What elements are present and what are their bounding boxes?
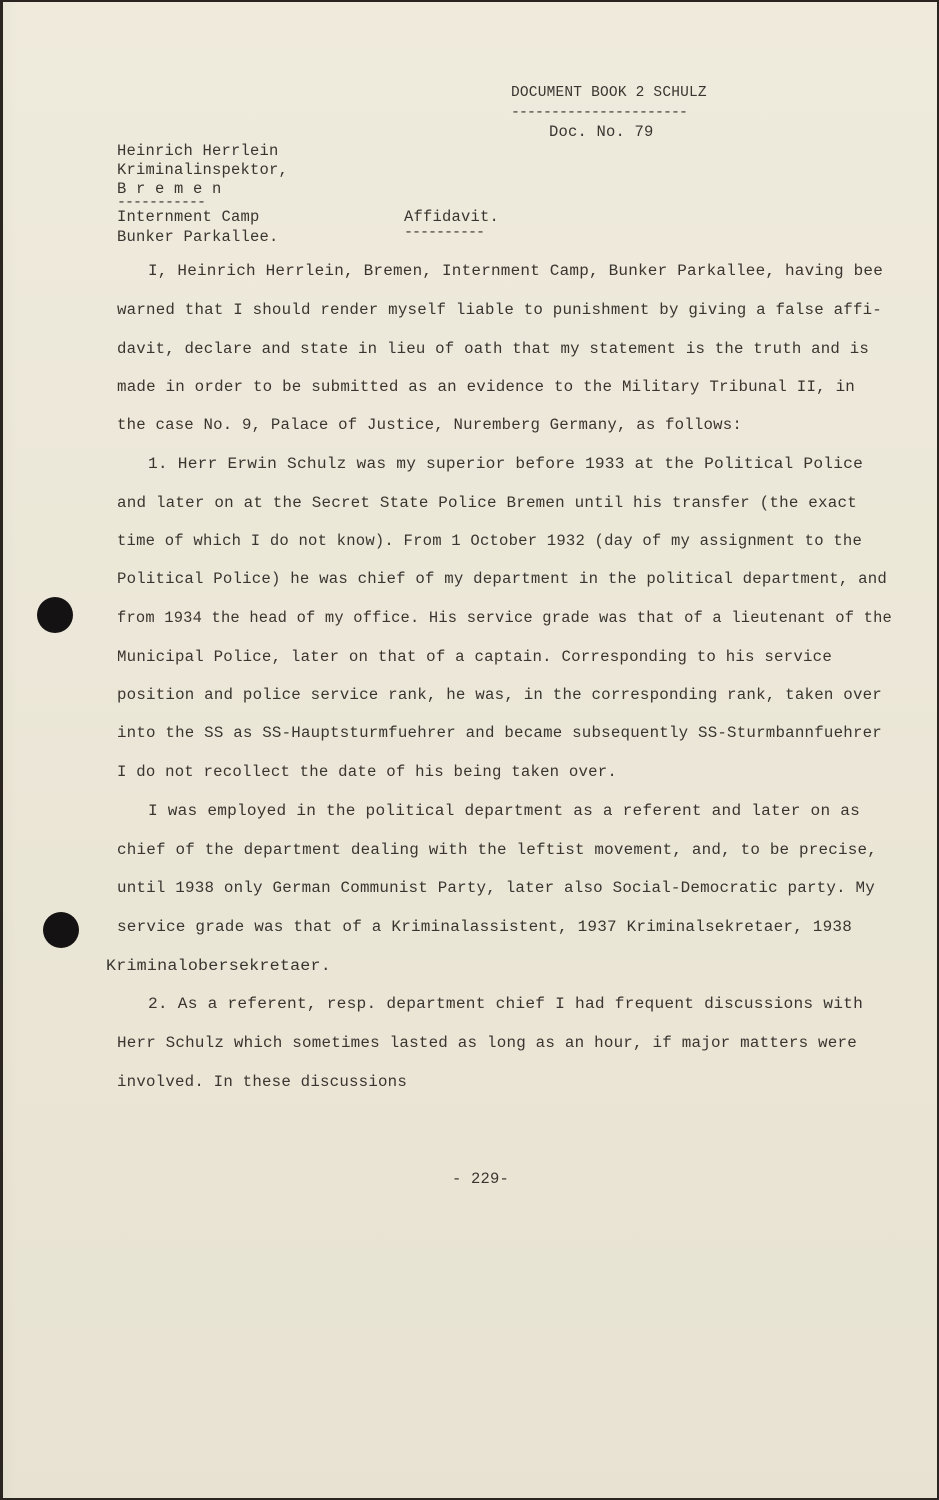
body-line-4: made in order to be submitted as an evid… — [117, 378, 855, 396]
paragraph-1-line-5: from 1934 the head of my office. His ser… — [117, 609, 892, 627]
page-number: - 229- — [452, 1170, 509, 1188]
paragraph-1-line-9: I do not recollect the date of his being… — [117, 763, 617, 781]
body-line-3: davit, declare and state in lieu of oath… — [117, 340, 869, 358]
doc-number: Doc. No. 79 — [549, 123, 654, 141]
paragraph-1-line-8: into the SS as SS-Hauptsturmfuehrer and … — [117, 724, 882, 742]
document-book-label: DOCUMENT BOOK 2 SCHULZ — [511, 84, 707, 102]
paragraph-1-line-6: Municipal Police, later on that of a cap… — [117, 648, 832, 666]
location-line-2: Bunker Parkallee. — [117, 228, 279, 246]
paragraph-3-line-1: 2. As a referent, resp. department chief… — [148, 995, 863, 1013]
paragraph-2-line-3: until 1938 only German Communist Party, … — [117, 879, 875, 897]
body-line-2: warned that I should render myself liabl… — [117, 301, 882, 319]
body-line-1: I, Heinrich Herrlein, Bremen, Internment… — [148, 262, 883, 280]
document-page: DOCUMENT BOOK 2 SCHULZ -----------------… — [3, 2, 937, 1498]
paragraph-2-line-5: Kriminalobersekretaer. — [106, 957, 331, 975]
body-line-5: the case No. 9, Palace of Justice, Nurem… — [117, 416, 742, 434]
paragraph-1-line-7: position and police service rank, he was… — [117, 686, 882, 704]
paragraph-1-line-3: time of which I do not know). From 1 Oct… — [117, 532, 862, 550]
paragraph-3-line-2: Herr Schulz which sometimes lasted as lo… — [117, 1034, 857, 1052]
affiant-title: Kriminalinspektor, — [117, 161, 288, 179]
paragraph-1-line-2: and later on at the Secret State Police … — [117, 494, 857, 512]
paragraph-1-line-1: 1. Herr Erwin Schulz was my superior bef… — [148, 455, 863, 473]
punch-hole-bottom — [43, 912, 79, 948]
paragraph-2-line-2: chief of the department dealing with the… — [117, 841, 877, 859]
header-rule: ---------------------- — [511, 104, 687, 121]
punch-hole-top — [37, 597, 73, 633]
affiant-name: Heinrich Herrlein — [117, 142, 279, 160]
paragraph-3-line-3: involved. In these discussions — [117, 1073, 407, 1091]
location-line-1: Internment Camp — [117, 208, 260, 226]
title-underline: ---------- — [404, 224, 484, 241]
paragraph-2-line-4: service grade was that of a Kriminalassi… — [117, 918, 852, 936]
paragraph-2-line-1: I was employed in the political departme… — [148, 802, 860, 820]
paragraph-1-line-4: Political Police) he was chief of my dep… — [117, 570, 887, 588]
